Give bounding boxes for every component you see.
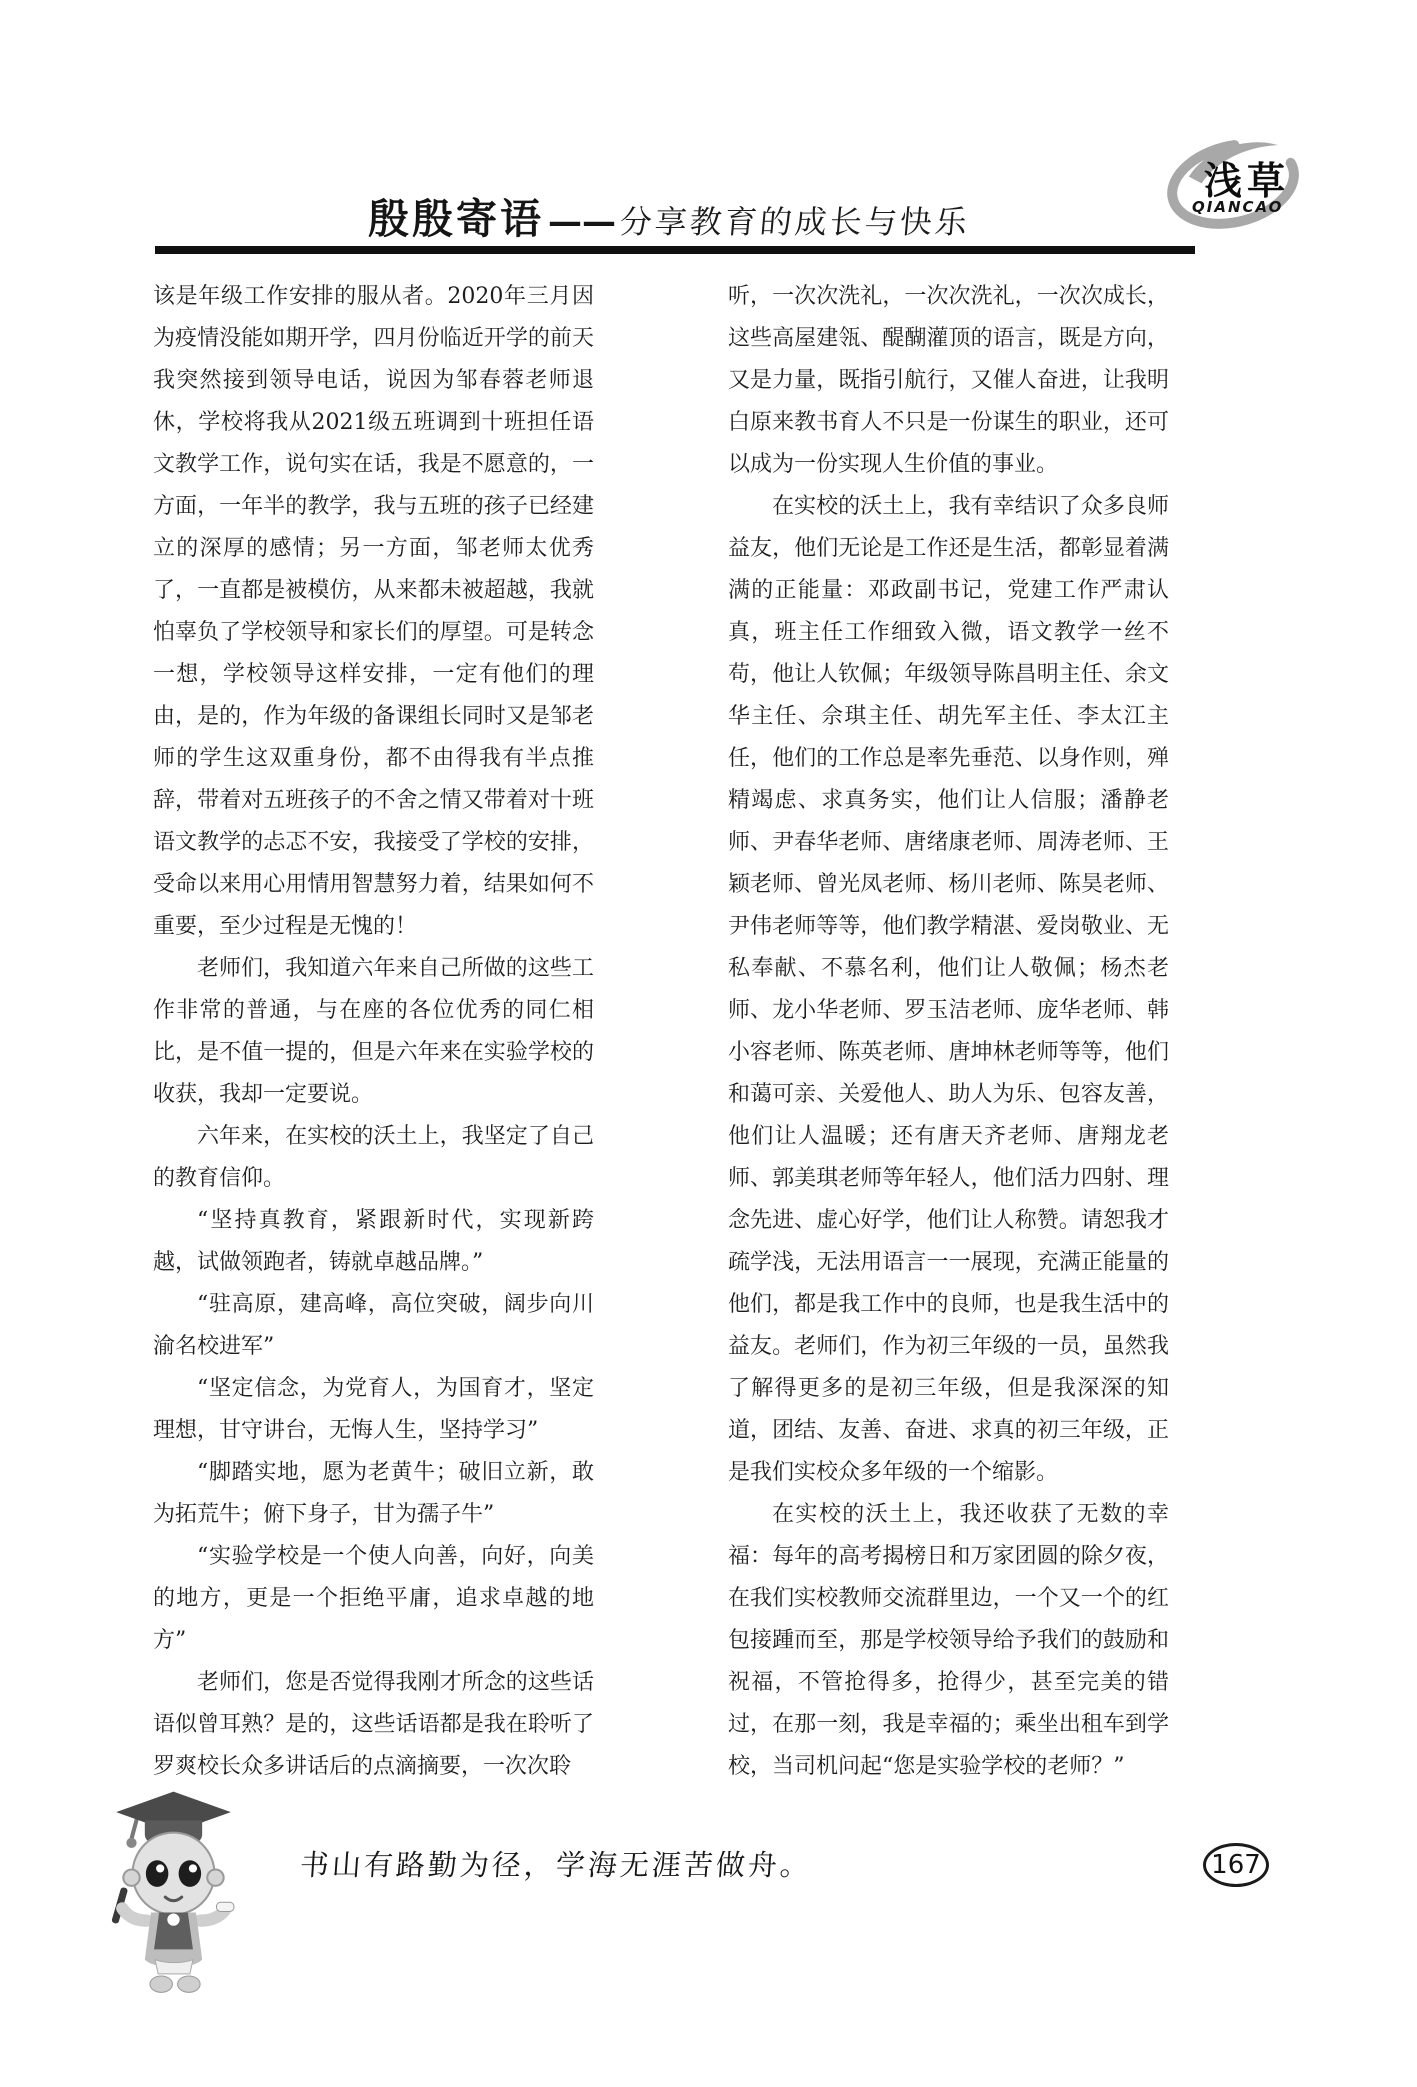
- paragraph: 在实校的沃土上，我有幸结识了众多良师益友，他们无论是工作还是生活，都彰显着满满的…: [728, 486, 1169, 1494]
- paragraph: “坚定信念，为党育人，为国育才，坚定理想，甘守讲台，无悔人生，坚持学习”: [153, 1368, 594, 1452]
- page-title: 殷殷寄语 —— 分享教育的成长与快乐: [368, 186, 970, 245]
- paragraph: 老师们，我知道六年来自己所做的这些工作非常的普通，与在座的各位优秀的同仁相比，是…: [153, 948, 594, 1116]
- logo-name-en: QIANCAO: [1192, 198, 1283, 216]
- graduate-child-mascot-icon: [110, 1788, 238, 1996]
- paragraph: “实验学校是一个使人向善，向好，向美的地方，更是一个拒绝平庸，追求卓越的地方”: [153, 1536, 594, 1662]
- paragraph: “驻高原，建高峰，高位突破，阔步向川渝名校进军”: [153, 1284, 594, 1368]
- section-title: 殷殷寄语: [368, 186, 544, 245]
- paragraph: “坚持真教育，紧跟新时代，实现新跨越，试做领跑者，铸就卓越品牌。”: [153, 1200, 594, 1284]
- title-dash: ——: [548, 202, 616, 242]
- paragraph: 听，一次次洗礼，一次次洗礼，一次次成长，这些高屋建瓴、醍醐灌顶的语言，既是方向，…: [728, 276, 1169, 486]
- qiancao-logo: 浅草 QIANCAO: [1158, 136, 1316, 244]
- logo-name-cn: 浅草: [1204, 150, 1290, 205]
- right-column: 听，一次次洗礼，一次次洗礼，一次次成长，这些高屋建瓴、醍醐灌顶的语言，既是方向，…: [728, 276, 1169, 1788]
- footer-motto: 书山有路勤为径，学海无涯苦做舟。: [299, 1843, 814, 1884]
- section-subtitle: 分享教育的成长与快乐: [618, 197, 972, 243]
- paragraph: 该是年级工作安排的服从者。2020年三月因为疫情没能如期开学，四月份临近开学的前…: [153, 276, 594, 948]
- page-number-badge: 167: [1203, 1843, 1269, 1887]
- left-column: 该是年级工作安排的服从者。2020年三月因为疫情没能如期开学，四月份临近开学的前…: [153, 276, 594, 1788]
- paragraph: 六年来，在实校的沃土上，我坚定了自己的教育信仰。: [153, 1116, 594, 1200]
- paragraph: “脚踏实地，愿为老黄牛；破旧立新，敢为拓荒牛；俯下身子，甘为孺子牛”: [153, 1452, 594, 1536]
- paragraph: 在实校的沃土上，我还收获了无数的幸福：每年的高考揭榜日和万家团圆的除夕夜，在我们…: [728, 1494, 1169, 1788]
- header-rule: [155, 246, 1195, 254]
- magazine-page: 殷殷寄语 —— 分享教育的成长与快乐 浅草 QIANCAO 该是年级工作安排的服…: [0, 0, 1417, 2087]
- paragraph: 老师们，您是否觉得我刚才所念的这些话语似曾耳熟？是的，这些话语都是我在聆听了罗爽…: [153, 1662, 594, 1788]
